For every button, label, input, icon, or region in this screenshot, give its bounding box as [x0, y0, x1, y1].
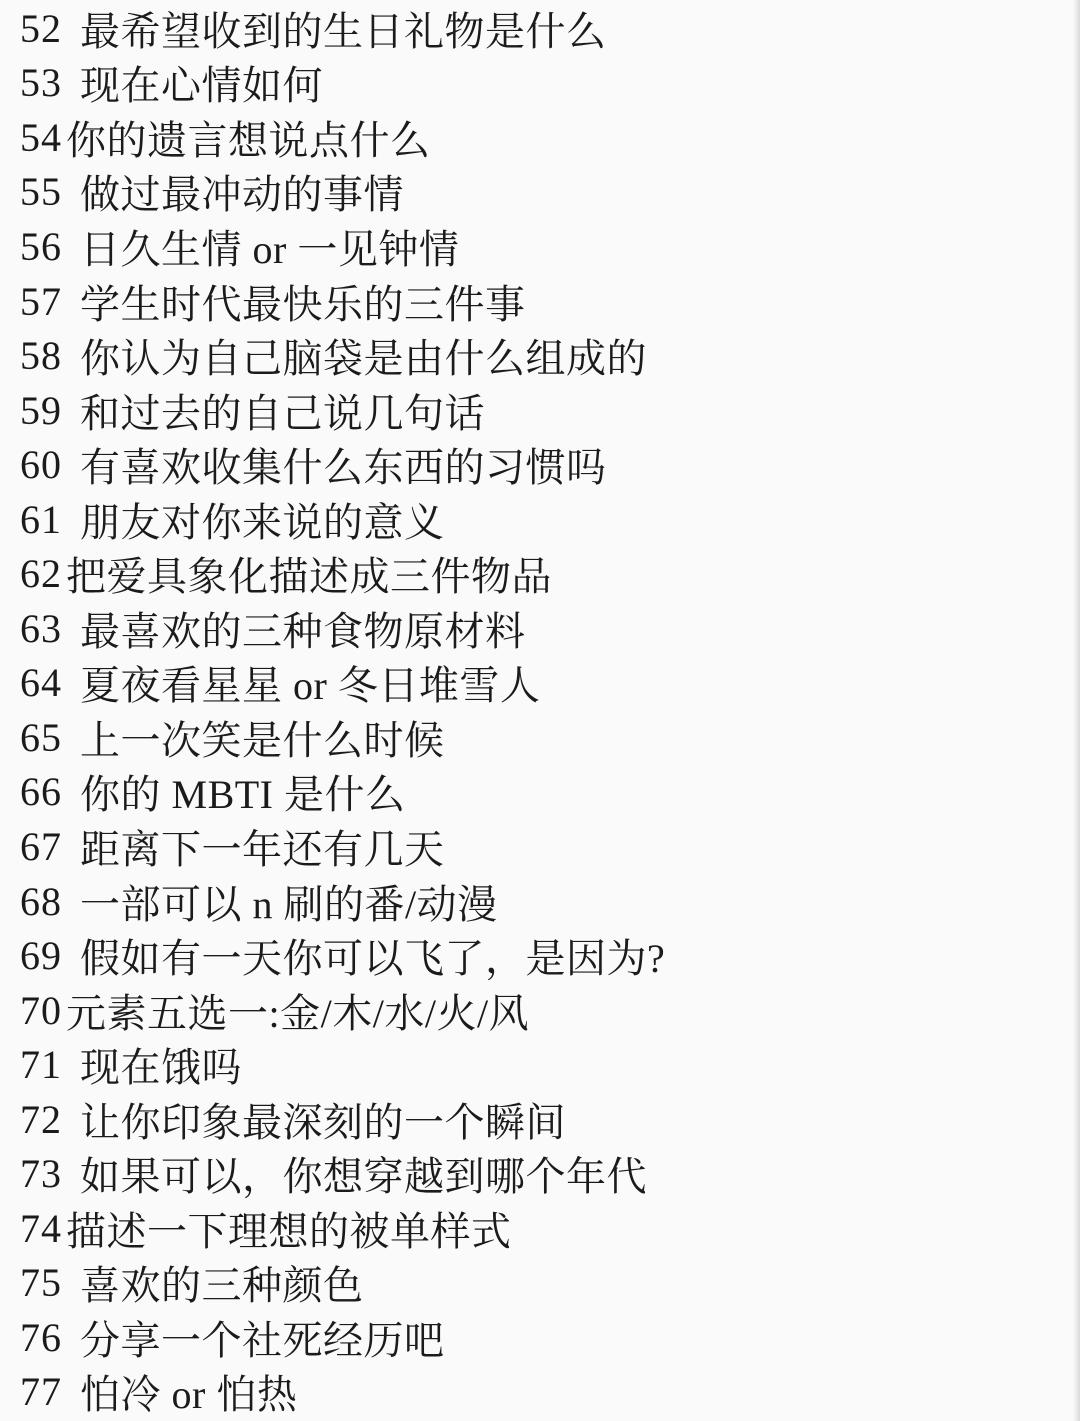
- list-item: 74描述一下理想的被单样式: [0, 1201, 1080, 1256]
- item-number: 72: [20, 1096, 66, 1143]
- list-item: 65上一次笑是什么时候: [0, 710, 1080, 765]
- list-item: 66你的 MBTI 是什么: [0, 765, 1080, 820]
- item-number: 69: [20, 932, 66, 979]
- item-number: 68: [20, 878, 66, 925]
- list-item: 71现在饿吗: [0, 1037, 1080, 1092]
- list-item: 64夏夜看星星 or 冬日堆雪人: [0, 656, 1080, 711]
- list-item: 57学生时代最快乐的三件事: [0, 274, 1080, 329]
- item-number: 77: [20, 1368, 66, 1415]
- item-text: 喜欢的三种颜色: [80, 1254, 364, 1311]
- item-number: 54: [20, 114, 62, 161]
- item-text: 朋友对你来说的意义: [80, 491, 445, 548]
- list-item: 59和过去的自己说几句话: [0, 383, 1080, 438]
- list-item: 52最希望收到的生日礼物是什么: [0, 1, 1080, 56]
- item-number: 70: [20, 987, 62, 1034]
- item-number: 55: [20, 168, 66, 215]
- item-number: 57: [20, 278, 66, 325]
- item-text: 和过去的自己说几句话: [80, 382, 485, 439]
- item-number: 71: [20, 1041, 66, 1088]
- item-number: 52: [20, 5, 66, 52]
- list-item: 67距离下一年还有几天: [0, 819, 1080, 874]
- item-number: 53: [20, 59, 66, 106]
- item-number: 63: [20, 605, 66, 652]
- item-text: 现在心情如何: [80, 54, 323, 111]
- list-item: 77怕冷 or 怕热: [0, 1365, 1080, 1420]
- list-item: 73如果可以，你想穿越到哪个年代: [0, 1146, 1080, 1201]
- item-number: 64: [20, 659, 66, 706]
- list-item: 62把爱具象化描述成三件物品: [0, 546, 1080, 601]
- item-number: 76: [20, 1314, 66, 1361]
- item-number: 56: [20, 223, 66, 270]
- item-text: 如果可以，你想穿越到哪个年代: [80, 1145, 647, 1202]
- item-number: 75: [20, 1259, 66, 1306]
- list-item: 75喜欢的三种颜色: [0, 1256, 1080, 1311]
- item-text: 你的遗言想说点什么: [66, 109, 431, 166]
- list-item: 58你认为自己脑袋是由什么组成的: [0, 328, 1080, 383]
- list-item: 56日久生情 or 一见钟情: [0, 219, 1080, 274]
- list-item: 70元素五选一:金/木/水/火/风: [0, 983, 1080, 1038]
- item-text: 有喜欢收集什么东西的习惯吗: [80, 436, 607, 493]
- item-text: 做过最冲动的事情: [80, 163, 404, 220]
- item-text: 日久生情 or 一见钟情: [80, 218, 459, 275]
- list-item: 68一部可以 n 刷的番/动漫: [0, 874, 1080, 929]
- item-number: 74: [20, 1205, 62, 1252]
- item-text: 怕冷 or 怕热: [80, 1363, 297, 1420]
- item-number: 58: [20, 332, 66, 379]
- item-text: 最喜欢的三种食物原材料: [80, 600, 526, 657]
- item-number: 65: [20, 714, 66, 761]
- list-item: 55做过最冲动的事情: [0, 165, 1080, 220]
- item-text: 分享一个社死经历吧: [80, 1309, 445, 1366]
- item-number: 62: [20, 550, 62, 597]
- list-item: 61朋友对你来说的意义: [0, 492, 1080, 547]
- list-item: 72让你印象最深刻的一个瞬间: [0, 1092, 1080, 1147]
- item-number: 61: [20, 496, 66, 543]
- item-text: 最希望收到的生日礼物是什么: [80, 0, 607, 57]
- item-text: 描述一下理想的被单样式: [66, 1200, 512, 1257]
- list-item: 69假如有一天你可以飞了，是因为?: [0, 928, 1080, 983]
- item-number: 66: [20, 768, 66, 815]
- item-number: 73: [20, 1150, 66, 1197]
- item-text: 元素五选一:金/木/水/火/风: [66, 982, 529, 1039]
- item-text: 上一次笑是什么时候: [80, 709, 445, 766]
- item-text: 假如有一天你可以飞了，是因为?: [80, 927, 665, 984]
- item-text: 你认为自己脑袋是由什么组成的: [80, 327, 647, 384]
- item-number: 67: [20, 823, 66, 870]
- list-item: 60有喜欢收集什么东西的习惯吗: [0, 437, 1080, 492]
- item-text: 你的 MBTI 是什么: [80, 763, 406, 820]
- item-number: 60: [20, 441, 66, 488]
- item-text: 学生时代最快乐的三件事: [80, 273, 526, 330]
- list-item: 54你的遗言想说点什么: [0, 110, 1080, 165]
- item-number: 59: [20, 387, 66, 434]
- list-item: 53现在心情如何: [0, 56, 1080, 111]
- item-text: 距离下一年还有几天: [80, 818, 445, 875]
- item-text: 一部可以 n 刷的番/动漫: [80, 873, 498, 930]
- item-text: 让你印象最深刻的一个瞬间: [80, 1091, 566, 1148]
- item-text: 夏夜看星星 or 冬日堆雪人: [80, 654, 540, 711]
- list-item: 63最喜欢的三种食物原材料: [0, 601, 1080, 656]
- question-list: 52最希望收到的生日礼物是什么53现在心情如何54你的遗言想说点什么55做过最冲…: [0, 0, 1080, 1419]
- item-text: 把爱具象化描述成三件物品: [66, 545, 552, 602]
- list-item: 76分享一个社死经历吧: [0, 1310, 1080, 1365]
- item-text: 现在饿吗: [80, 1036, 242, 1093]
